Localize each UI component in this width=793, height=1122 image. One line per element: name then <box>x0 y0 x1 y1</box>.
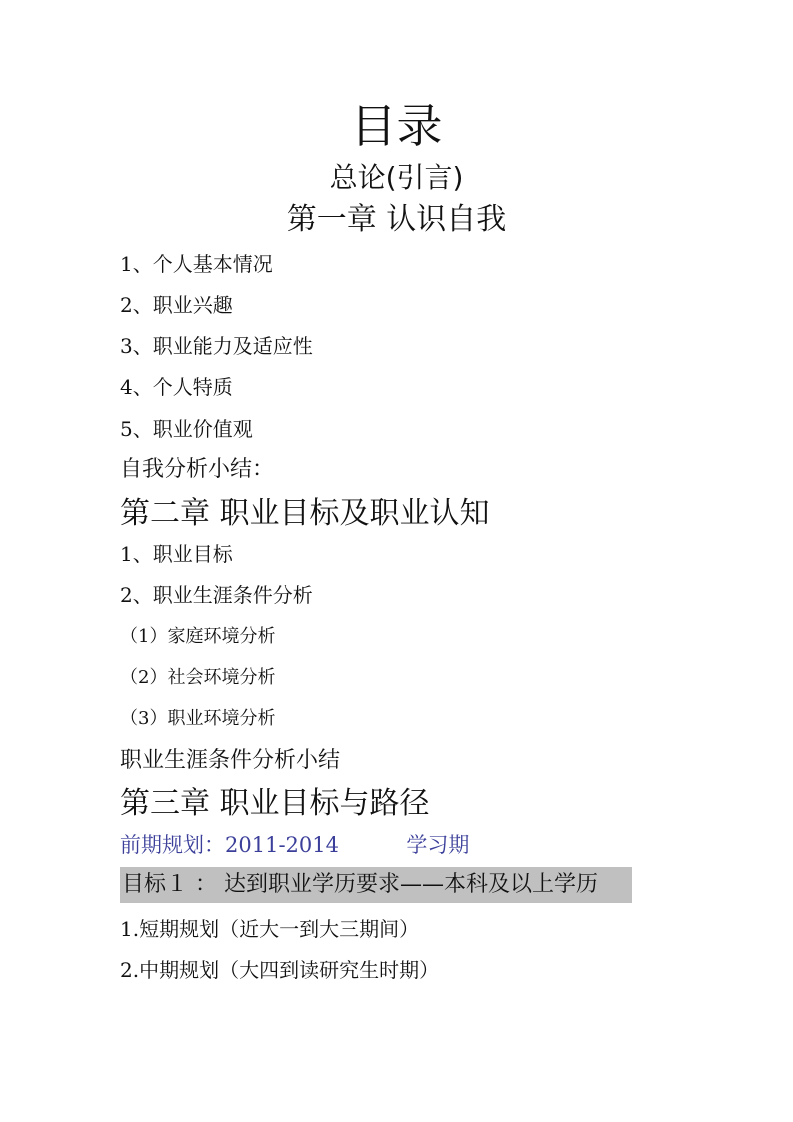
toc-item: 4、个人特质 <box>120 373 233 401</box>
toc-item: 1、个人基本情况 <box>120 250 273 278</box>
phase-name: 学习期 <box>406 833 469 857</box>
toc-subitem: （1）家庭环境分析 <box>120 624 275 650</box>
toc-subitem: （3）职业环境分析 <box>120 706 275 732</box>
introduction-heading: 总论(引言) <box>0 160 793 196</box>
toc-item: 1、职业目标 <box>120 540 233 568</box>
self-analysis-summary: 自我分析小结： <box>120 455 274 485</box>
phase-period: 前期规划：2011-2014 <box>120 833 339 857</box>
career-conditions-summary: 职业生涯条件分析小结 <box>120 746 340 776</box>
chapter-2-heading: 第二章 职业目标及职业认知 <box>120 494 490 534</box>
phase-label: 前期规划：2011-2014 学习期 <box>120 831 469 859</box>
document-page: 目录 总论(引言) 第一章 认识自我 1、个人基本情况 2、职业兴趣 3、职业能… <box>0 0 793 1122</box>
toc-subitem: （2）社会环境分析 <box>120 665 275 691</box>
toc-item: 5、职业价值观 <box>120 415 253 443</box>
toc-item: 2、职业生涯条件分析 <box>120 581 313 609</box>
toc-item: 2、职业兴趣 <box>120 291 233 319</box>
toc-item: 3、职业能力及适应性 <box>120 332 313 360</box>
goal-1-highlight: 目标１ ： 达到职业学历要求——本科及以上学历 <box>120 867 632 903</box>
chapter-3-heading: 第三章 职业目标与路径 <box>120 784 430 824</box>
toc-item: 2.中期规划（大四到读研究生时期） <box>120 956 439 984</box>
chapter-1-heading: 第一章 认识自我 <box>0 200 793 240</box>
toc-item: 1.短期规划（近大一到大三期间） <box>120 915 419 943</box>
toc-title: 目录 <box>0 98 793 154</box>
